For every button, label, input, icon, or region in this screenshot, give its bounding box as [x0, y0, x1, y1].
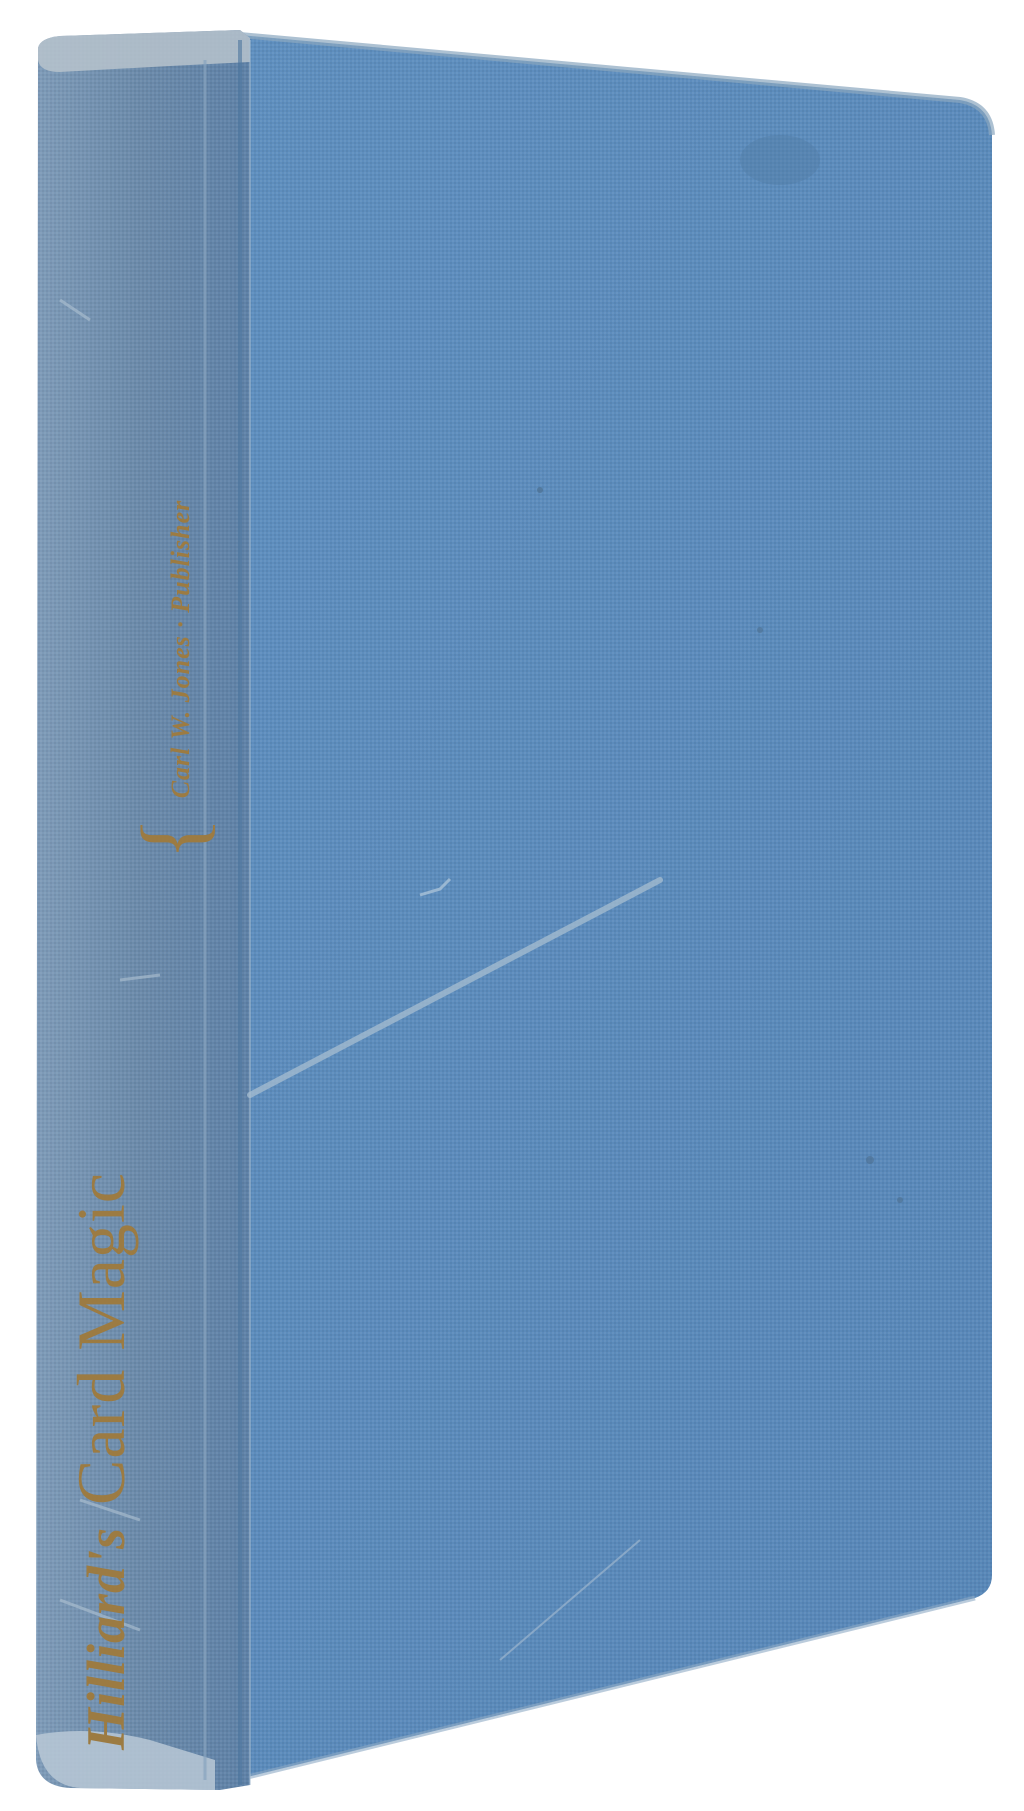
publisher-label: Publisher: [166, 500, 195, 613]
brace-glyph: {: [122, 816, 225, 860]
book-illustration: [0, 0, 1024, 1811]
spine-title: Hilliard'sCard Magic: [62, 1172, 141, 1750]
book-photo: Hilliard'sCard Magic { Carl W. Jones · P…: [0, 0, 1024, 1811]
spine-title-main: Card Magic: [63, 1172, 139, 1505]
spine-title-author: Hilliard's: [76, 1527, 136, 1750]
publisher-separator: ·: [166, 620, 195, 628]
publisher-name: Carl W. Jones: [166, 635, 195, 798]
spine-publisher: { Carl W. Jones · Publisher: [122, 500, 225, 860]
